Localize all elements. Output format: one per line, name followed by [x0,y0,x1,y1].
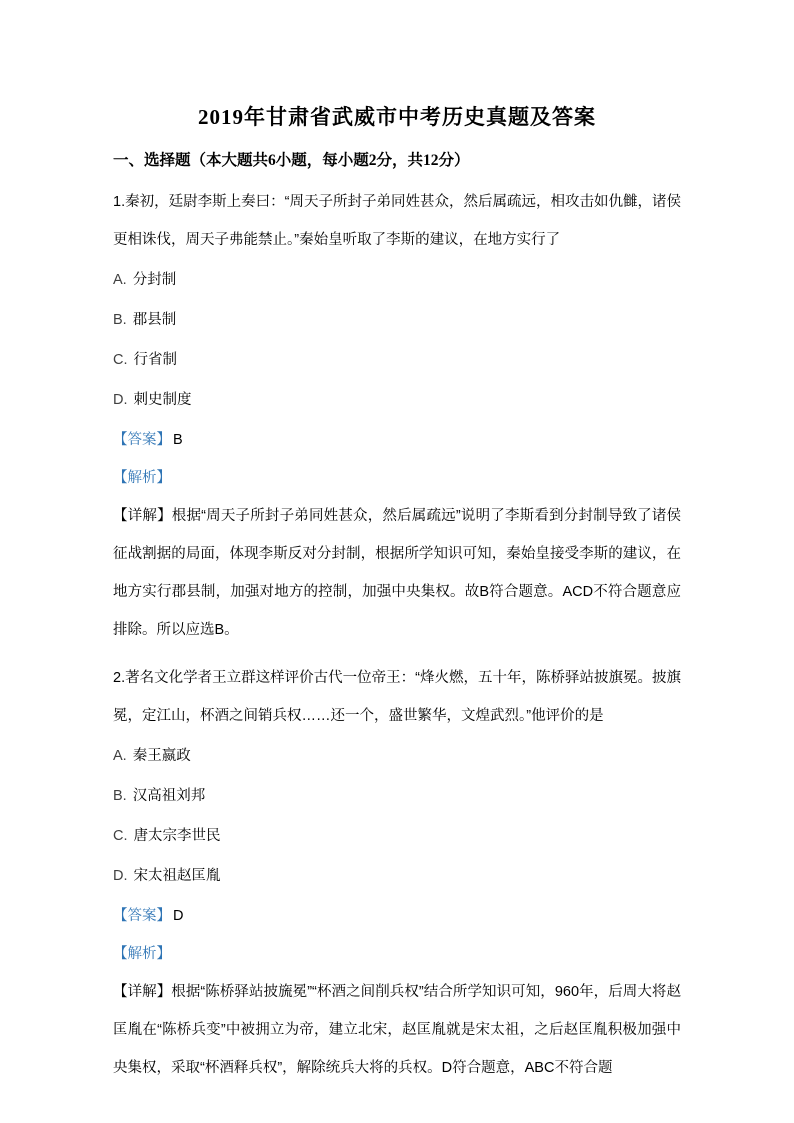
option-text: 行省制 [134,352,178,368]
option-label: D. [113,868,128,884]
detail-label: 【详解】 [113,984,171,1000]
detail-label: 【详解】 [113,508,172,524]
answer-value: D [173,908,183,924]
document-title: 2019年甘肃省武威市中考历史真题及答案 [113,104,681,131]
question-2-detail: 【详解】根据“陈桥驿站披旒冕”“杯酒之间削兵权”结合所学知识可知，960年，后周… [113,973,681,1087]
question-1-stem: 1.秦初，廷尉李斯上奏曰：“周天子所封子弟同姓甚众，然后属疏远，相攻击如仇雠，诸… [113,183,681,259]
option-text: 秦王嬴政 [133,748,191,764]
question-2-answer-line: 【答案】D [113,897,681,935]
option-label: A. [113,748,127,764]
question-2-stem: 2.著名文化学者王立群这样评价古代一位帝王：“烽火燃，五十年，陈桥驿站披旗冕。披… [113,659,681,735]
question-1-detail: 【详解】根据“周天子所封子弟同姓甚众，然后属疏远”说明了李斯看到分封制导致了诸侯… [113,497,681,649]
question-1-option-d: D.刺史制度 [113,381,681,419]
question-1: 1.秦初，廷尉李斯上奏曰：“周天子所封子弟同姓甚众，然后属疏远，相攻击如仇雠，诸… [113,183,681,649]
question-2-option-a: A.秦王嬴政 [113,737,681,775]
answer-label: 【答案】 [113,908,171,924]
question-2-option-b: B.汉高祖刘邦 [113,777,681,815]
question-2: 2.著名文化学者王立群这样评价古代一位帝王：“烽火燃，五十年，陈桥驿站披旗冕。披… [113,659,681,1087]
question-2-option-d: D.宋太祖赵匡胤 [113,857,681,895]
question-1-option-a: A.分封制 [113,261,681,299]
detail-text: 根据“周天子所封子弟同姓甚众，然后属疏远”说明了李斯看到分封制导致了诸侯征战割据… [113,508,681,638]
option-text: 刺史制度 [134,392,192,408]
question-2-analysis-line: 【解析】 [113,935,681,973]
analysis-label: 【解析】 [113,946,171,962]
question-1-option-b: B.郡县制 [113,301,681,339]
option-label: A. [113,272,127,288]
question-1-option-c: C.行省制 [113,341,681,379]
document-page: 2019年甘肃省武威市中考历史真题及答案 一、选择题（本大题共6小题，每小题2分… [0,0,794,1123]
section-heading: 一、选择题（本大题共6小题，每小题2分，共12分） [113,149,681,173]
question-1-answer-line: 【答案】B [113,421,681,459]
analysis-label: 【解析】 [113,470,171,486]
option-text: 分封制 [133,272,177,288]
question-1-analysis-line: 【解析】 [113,459,681,497]
option-text: 郡县制 [133,312,177,328]
option-label: B. [113,312,127,328]
question-2-option-c: C.唐太宗李世民 [113,817,681,855]
option-label: B. [113,788,127,804]
option-label: C. [113,828,128,844]
option-text: 宋太祖赵匡胤 [134,868,221,884]
detail-text: 根据“陈桥驿站披旒冕”“杯酒之间削兵权”结合所学知识可知，960年，后周大将赵匡… [113,984,681,1076]
answer-label: 【答案】 [113,432,171,448]
option-label: D. [113,392,128,408]
answer-value: B [173,432,183,448]
option-text: 唐太宗李世民 [134,828,221,844]
option-label: C. [113,352,128,368]
option-text: 汉高祖刘邦 [133,788,206,804]
